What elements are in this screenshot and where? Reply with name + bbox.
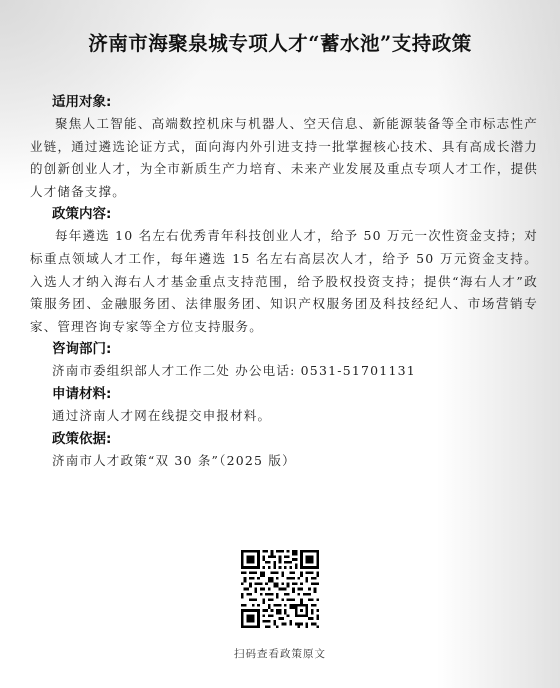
- section-body: 每年遴选 10 名左右优秀青年科技创业人才，给予 50 万元一次性资金支持；对标…: [30, 225, 538, 338]
- policy-document: 济南市海聚泉城专项人才“蓄水池”支持政策 适用对象: 聚焦人工智能、高端数控机床…: [0, 0, 560, 688]
- document-content: 适用对象: 聚焦人工智能、高端数控机床与机器人、空天信息、新能源装备等全市标志性…: [30, 91, 538, 472]
- qr-caption: 扫码查看政策原文: [0, 646, 560, 661]
- section-heading: 申请材料:: [30, 383, 538, 405]
- section-heading: 政策依据:: [30, 428, 538, 450]
- section-applicable-targets: 适用对象: 聚焦人工智能、高端数控机床与机器人、空天信息、新能源装备等全市标志性…: [30, 91, 538, 203]
- section-consulting-department: 咨询部门: 济南市委组织部人才工作二处 办公电话: 0531-51701131: [30, 338, 538, 383]
- section-policy-content: 政策内容: 每年遴选 10 名左右优秀青年科技创业人才，给予 50 万元一次性资…: [30, 203, 538, 338]
- document-title: 济南市海聚泉城专项人才“蓄水池”支持政策: [0, 28, 560, 56]
- section-application-materials: 申请材料: 通过济南人才网在线提交申报材料。: [30, 383, 538, 428]
- section-policy-basis: 政策依据: 济南市人才政策“双 30 条”（2025 版）: [30, 428, 538, 473]
- section-heading: 适用对象:: [30, 91, 538, 113]
- section-body: 聚焦人工智能、高端数控机床与机器人、空天信息、新能源装备等全市标志性产业链，通过…: [30, 113, 538, 203]
- qr-code-icon[interactable]: [241, 550, 319, 628]
- qr-block: 扫码查看政策原文: [0, 550, 560, 661]
- section-heading: 咨询部门:: [30, 338, 538, 360]
- section-body: 通过济南人才网在线提交申报材料。: [30, 405, 538, 428]
- section-body: 济南市委组织部人才工作二处 办公电话: 0531-51701131: [30, 360, 538, 383]
- section-body: 济南市人才政策“双 30 条”（2025 版）: [30, 450, 538, 473]
- section-heading: 政策内容:: [30, 203, 538, 225]
